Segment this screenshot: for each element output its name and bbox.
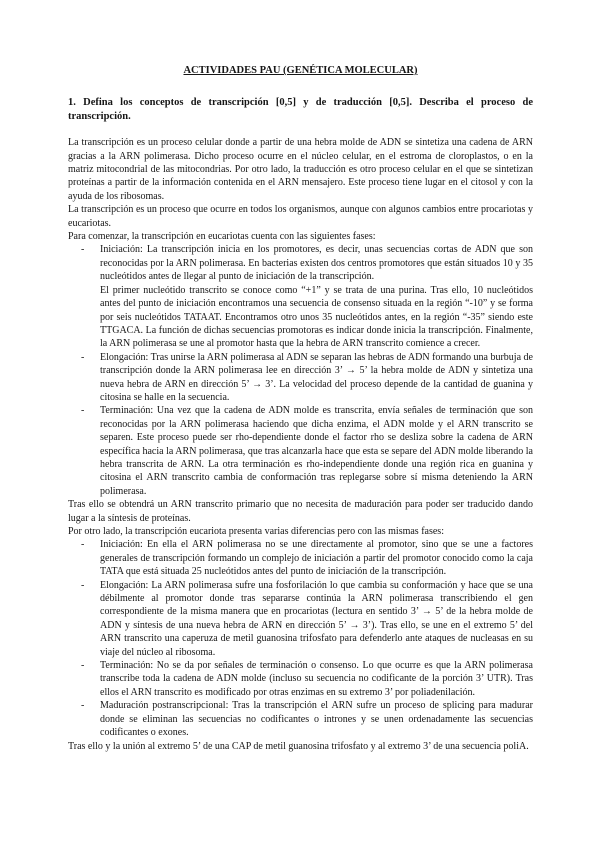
phase-text: Terminación: No se da por señales de ter… <box>100 659 533 699</box>
paragraph: Tras ello se obtendrá un ARN transcrito … <box>68 498 533 525</box>
bullet-marker: - <box>68 538 100 578</box>
bullet-marker: - <box>68 404 100 498</box>
phase-text: Elongación: Tras unirse la ARN polimeras… <box>100 351 533 405</box>
paragraph: Para comenzar, la transcripción en eucar… <box>68 230 533 243</box>
phase-list-item: -Terminación: Una vez que la cadena de A… <box>68 404 533 498</box>
paragraph: Elongación: La ARN polimerasa sufre una … <box>100 579 533 659</box>
closing-paragraph: Tras ello y la unión al extremo 5’ de un… <box>68 740 533 753</box>
paragraph: El primer nucleótido transcrito se conoc… <box>100 284 533 351</box>
middle-paragraphs: Tras ello se obtendrá un ARN transcrito … <box>68 498 533 538</box>
phase-list-item: -Terminación: No se da por señales de te… <box>68 659 533 699</box>
phase-text: Terminación: Una vez que la cadena de AD… <box>100 404 533 498</box>
paragraph: Terminación: Una vez que la cadena de AD… <box>100 404 533 498</box>
document-page: ACTIVIDADES PAU (GENÉTICA MOLECULAR) 1. … <box>0 0 600 848</box>
phase-list-item: -Iniciación: La transcripción inicia en … <box>68 243 533 350</box>
paragraph: La transcripción es un proceso que ocurr… <box>68 203 533 230</box>
prokaryotic-phase-list: -Iniciación: La transcripción inicia en … <box>68 243 533 498</box>
bullet-marker: - <box>68 659 100 699</box>
bullet-marker: - <box>68 351 100 405</box>
paragraph: Terminación: No se da por señales de ter… <box>100 659 533 699</box>
bullet-marker: - <box>68 699 100 739</box>
eukaryotic-phase-list: -Iniciación: En ella el ARN polimerasa n… <box>68 538 533 739</box>
phase-text: Iniciación: En ella el ARN polimerasa no… <box>100 538 533 578</box>
phase-list-item: -Iniciación: En ella el ARN polimerasa n… <box>68 538 533 578</box>
phase-text: Maduración postranscripcional: Tras la t… <box>100 699 533 739</box>
bullet-marker: - <box>68 579 100 659</box>
paragraph: Elongación: Tras unirse la ARN polimeras… <box>100 351 533 405</box>
phase-list-item: -Elongación: La ARN polimerasa sufre una… <box>68 579 533 659</box>
intro-paragraphs: La transcripción es un proceso celular d… <box>68 136 533 243</box>
paragraph: Maduración postranscripcional: Tras la t… <box>100 699 533 739</box>
paragraph: Iniciación: En ella el ARN polimerasa no… <box>100 538 533 578</box>
paragraph: Por otro lado, la transcripción eucariot… <box>68 525 533 538</box>
phase-text: Elongación: La ARN polimerasa sufre una … <box>100 579 533 659</box>
bullet-marker: - <box>68 243 100 350</box>
phase-list-item: -Maduración postranscripcional: Tras la … <box>68 699 533 739</box>
phase-text: Iniciación: La transcripción inicia en l… <box>100 243 533 350</box>
paragraph: La transcripción es un proceso celular d… <box>68 136 533 203</box>
document-title: ACTIVIDADES PAU (GENÉTICA MOLECULAR) <box>68 64 533 77</box>
paragraph: Iniciación: La transcripción inicia en l… <box>100 243 533 283</box>
phase-list-item: -Elongación: Tras unirse la ARN polimera… <box>68 351 533 405</box>
question-heading: 1. Defina los conceptos de transcripción… <box>68 96 533 123</box>
